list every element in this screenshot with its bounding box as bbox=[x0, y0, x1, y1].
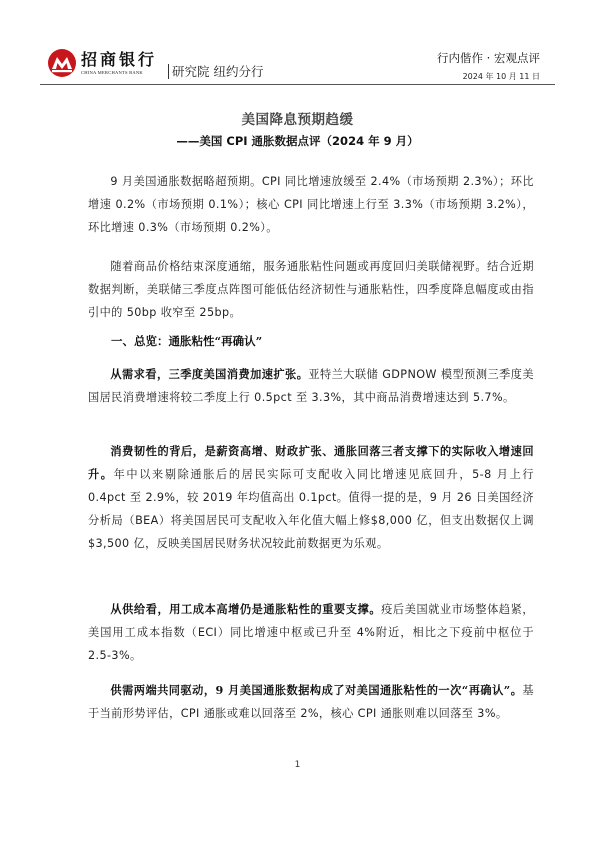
paragraph-lead: 从供给看，用工成本高增仍是通胀粘性的重要支撑。 bbox=[110, 602, 381, 616]
brand-name-cn: 招商银行 bbox=[81, 47, 157, 70]
page-header: 招商银行 CHINA MERCHANTS BANK 研究院 纽约分行 行内偕作 … bbox=[47, 44, 549, 82]
paragraph-supply: 从供给看，用工成本高增仍是通胀粘性的重要支撑。疫后美国就业市场整体趋紧，美国用工… bbox=[88, 598, 534, 667]
paragraph-demand: 从需求看，三季度美国消费加速扩张。亚特兰大联储 GDPNOW 模型预测三季度美国… bbox=[88, 363, 534, 409]
paragraph-summary: 9 月美国通胀数据略超预期。CPI 同比增速放缓至 2.4%（市场预期 2.3%… bbox=[88, 170, 534, 239]
divider bbox=[168, 64, 169, 79]
brand-name-en: CHINA MERCHANTS BANK bbox=[81, 70, 143, 75]
document-title: 美国降息预期趋缓 bbox=[0, 108, 595, 128]
paragraph-income: 消费韧性的背后，是薪资高增、财政扩张、通胀回落三者支撑下的实际收入增速回升。年中… bbox=[88, 440, 534, 555]
section-heading: 一、总览：通胀粘性“再确认” bbox=[88, 333, 534, 349]
document-subtitle: ——美国 CPI 通胀数据点评（2024 年 9 月） bbox=[0, 133, 595, 149]
report-type: 行内偕作 · 宏观点评 bbox=[437, 50, 540, 66]
paragraph-conclusion: 供需两端共同驱动，9 月美国通胀数据构成了对美国通胀粘性的一次“再确认”。基于当… bbox=[88, 679, 534, 725]
paragraph-outlook: 随着商品价格结束深度通缩，服务通胀粘性问题或再度回归美联储视野。结合近期数据判断… bbox=[88, 255, 534, 324]
department-text: 研究院 纽约分行 bbox=[172, 64, 263, 79]
paragraph-lead: 供需两端共同驱动，9 月美国通胀数据构成了对美国通胀粘性的一次“再确认”。 bbox=[110, 683, 522, 697]
cmb-logo-icon bbox=[47, 48, 77, 78]
department-label: 研究院 纽约分行 bbox=[168, 62, 263, 80]
report-date: 2024 年 10 月 11 日 bbox=[463, 71, 540, 82]
header-divider bbox=[40, 84, 555, 85]
page-number: 1 bbox=[0, 760, 595, 770]
paragraph-lead: 从需求看，三季度美国消费加速扩张。 bbox=[110, 367, 308, 381]
